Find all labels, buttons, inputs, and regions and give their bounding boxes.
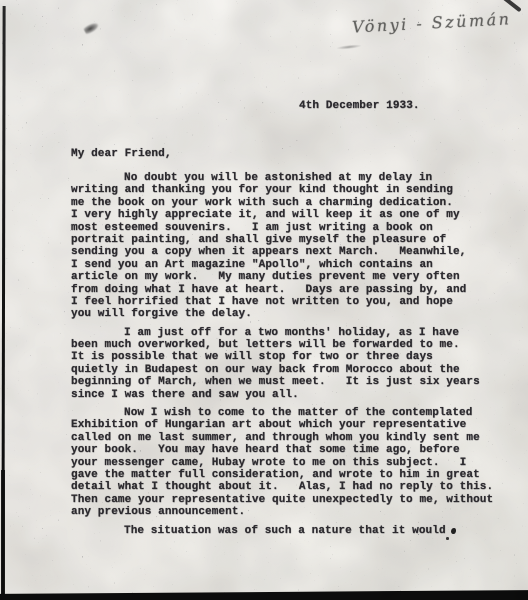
letter-line: I send you an Art magazine "Apollo", whi…	[71, 259, 501, 271]
letter-line: article on my work. My many duties preve…	[71, 271, 501, 283]
letter-line: been much overworked, but letters will b…	[71, 339, 501, 351]
letter-line: called on me last summer, and through wh…	[71, 432, 501, 444]
letter-body: No doubt you will be astonished at my de…	[71, 172, 501, 537]
letter-line: gave the matter full consideration, and …	[71, 469, 501, 481]
letter-line: detail what I thought about it. Alas, I …	[71, 481, 501, 493]
letter-line: your book. You may have heard that some …	[71, 444, 501, 456]
ink-speck	[446, 537, 449, 540]
scanned-letter-page: Vönyi - Szümán 4th December 1933. My dea…	[0, 0, 528, 600]
letter-line: since I was there and saw you all.	[71, 389, 501, 401]
letter-salutation: My dear Friend,	[71, 148, 172, 160]
letter-line: portrait painting, and shall give myself…	[71, 234, 501, 246]
letter-line: Exhibition of Hungarian art about which …	[71, 419, 501, 431]
letter-line: your messenger came, Hubay wrote to me o…	[71, 457, 501, 469]
scan-edge-left-lower	[1, 470, 5, 600]
handwritten-annotation: Vönyi - Szümán	[352, 8, 528, 36]
letter-line: It is possible that we will stop for two…	[71, 351, 501, 363]
letter-line: The situation was of such a nature that …	[71, 525, 501, 537]
letter-line: any previous announcement.	[71, 506, 501, 518]
letter-line: sending you a copy when it appears next …	[71, 246, 501, 258]
letter-line: Then came your representative quite unex…	[71, 494, 501, 506]
letter-line: you will forgive the delay.	[71, 308, 501, 320]
letter-line: writing and thanking you for your kind t…	[71, 184, 501, 196]
letter-paragraph: I am just off for a two months' holiday,…	[71, 327, 501, 401]
letter-line: from doing what I have at heart. Days ar…	[71, 284, 501, 296]
letter-line: me the book on your work with such a cha…	[71, 197, 501, 209]
scan-edge-bottom	[0, 590, 528, 600]
letter-line: Now I wish to come to the matter of the …	[71, 407, 501, 419]
letter-date: 4th December 1933.	[299, 100, 420, 112]
letter-line: I am just off for a two months' holiday,…	[71, 327, 501, 339]
letter-line: I very highly appreciate it, and will ke…	[71, 209, 501, 221]
letter-paragraph: The situation was of such a nature that …	[71, 525, 501, 537]
letter-line: No doubt you will be astonished at my de…	[71, 172, 501, 184]
letter-paragraph: Now I wish to come to the matter of the …	[71, 407, 501, 519]
faint-smudge	[336, 44, 362, 51]
ink-smudge	[83, 21, 100, 35]
letter-line: beginning of March, when we must meet. I…	[71, 376, 501, 388]
letter-line: most esteemed souvenirs. I am just writi…	[71, 222, 501, 234]
letter-paragraph: No doubt you will be astonished at my de…	[71, 172, 501, 321]
letter-line: quietly in Budapest on our way back from…	[71, 364, 501, 376]
letter-line: I feel horrified that I have not written…	[71, 296, 501, 308]
